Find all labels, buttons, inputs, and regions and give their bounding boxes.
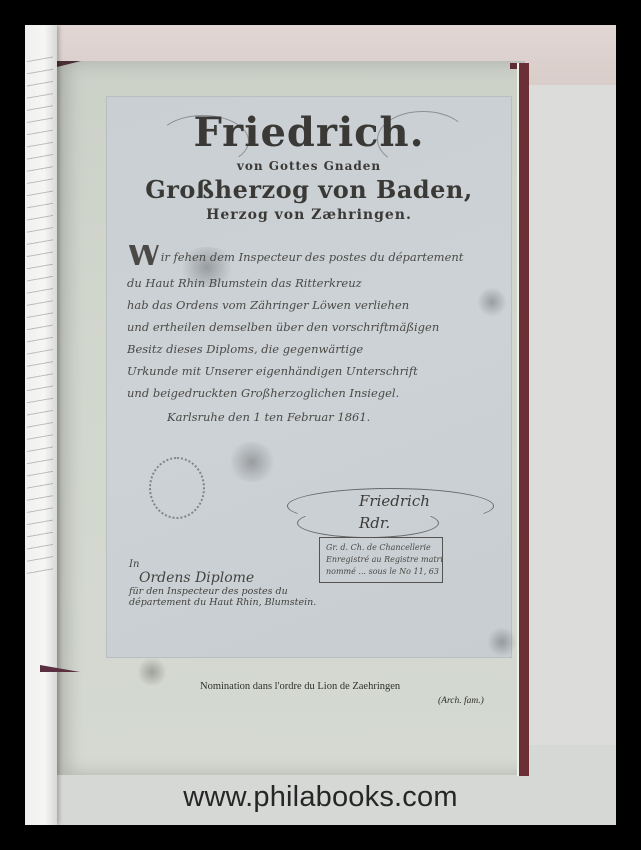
heading-grace: von Gottes Gnaden [107, 159, 511, 173]
book-photograph: Friedrich. von Gottes Gnaden Großherzog … [25, 25, 616, 825]
previous-page-text-lines [27, 55, 53, 575]
address-block: In Ordens Diplome für den Inspecteur des… [129, 559, 316, 608]
body-line-6: Urkunde mit Unserer eigenhändigen Unters… [127, 361, 497, 383]
heading-grand-duke: Großherzog von Baden, [107, 175, 511, 204]
body-line-2: du Haut Rhin Blumstein das Ritterkreuz [127, 273, 497, 295]
stamp-line: nommé ... sous le No 11, 63 [326, 566, 436, 578]
address-line-1: In [129, 559, 316, 570]
ink-smudge [227, 442, 277, 482]
signature-countersign: Rdr. [359, 512, 430, 534]
heading-duke: Herzog von Zæhringen. [107, 207, 511, 223]
page-corner-top [57, 61, 81, 67]
address-line-3: für den Inspecteur des postes du [129, 586, 316, 597]
decorated-initial: W [127, 245, 161, 269]
ink-smudge [137, 657, 167, 687]
body-line-3: hab das Ordens vom Zähringer Löwen verli… [127, 295, 497, 317]
caption-credit: (Arch. fam.) [438, 696, 484, 706]
website-watermark: www.philabooks.com [25, 781, 616, 814]
body-line-7: und beigedruckten Großherzoglichen Insie… [127, 383, 497, 405]
ink-smudge [487, 627, 517, 657]
body-line-date: Karlsruhe den 1 ten Februar 1861. [167, 407, 537, 429]
body-line-4: und ertheilen demselben über den vorschr… [127, 317, 497, 339]
previous-page-edge [25, 25, 57, 825]
registration-stamp: Gr. d. Ch. de Chancellerie Enregistré au… [319, 537, 443, 583]
address-line-4: département du Haut Rhin, Blumstein. [129, 597, 316, 608]
stamp-line: Enregistré au Registre matricule [326, 554, 436, 566]
diploma-reproduction: Friedrich. von Gottes Gnaden Großherzog … [107, 97, 511, 657]
seal-impression [149, 457, 205, 519]
heading-name: Friedrich. [107, 109, 511, 156]
body-line-5: Besitz dieses Diploms, die gegenwärtige [127, 339, 497, 361]
page-corner-bottom [40, 665, 80, 672]
address-line-2: Ordens Diplome [129, 570, 316, 586]
body-line-1: Wir fehen dem Inspecteur des postes du d… [127, 245, 497, 269]
signature-name: Friedrich [359, 490, 430, 512]
caption-text: Nomination dans l'ordre du Lion de Zaehr… [200, 681, 400, 692]
stamp-line: Gr. d. Ch. de Chancellerie [326, 542, 436, 554]
